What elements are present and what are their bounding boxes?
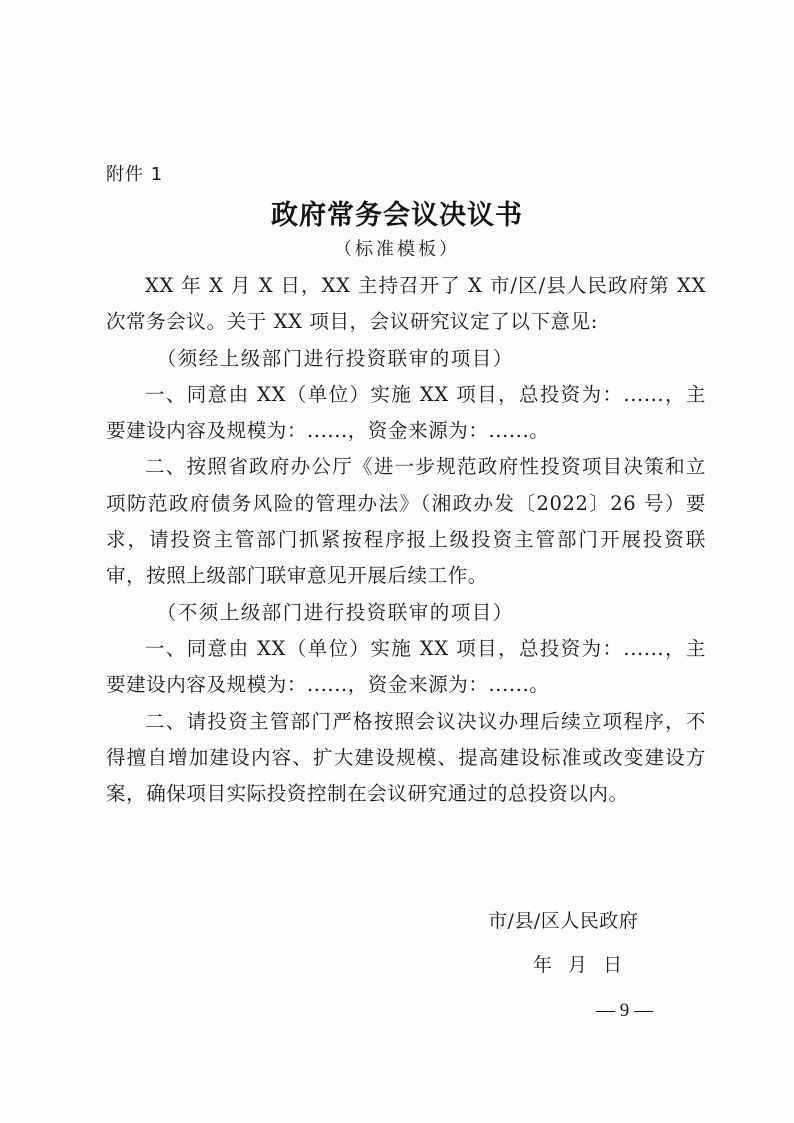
document-title: 政府常务会议决议书 [0,193,794,232]
resolution-item: 一、同意由 XX（单位）实施 XX 项目，总投资为：......，主要建设内容及… [106,631,706,704]
section-heading-no-joint-review: （不须上级部门进行投资联审的项目） [106,595,706,631]
signature-issuer: 市/县/区人民政府 [488,906,638,933]
document-body: XX 年 X 月 X 日，XX 主持召开了 X 市/区/县人民政府第 XX 次常… [106,268,706,812]
document-page: 附件 1 政府常务会议决议书 （标准模板） XX 年 X 月 X 日，XX 主持… [0,0,794,1123]
resolution-item: 二、请投资主管部门严格按照会议决议办理后续立项程序，不得擅自增加建设内容、扩大建… [106,704,706,813]
resolution-item: 一、同意由 XX（单位）实施 XX 项目，总投资为：......，主要建设内容及… [106,377,706,450]
document-subtitle: （标准模板） [0,235,794,261]
intro-paragraph: XX 年 X 月 X 日，XX 主持召开了 X 市/区/县人民政府第 XX 次常… [106,268,706,341]
page-number: — 9 — [596,1000,653,1022]
resolution-item: 二、按照省政府办公厅《进一步规范政府性投资项目决策和立项防范政府债务风险的管理办… [106,449,706,594]
section-heading-joint-review: （须经上级部门进行投资联审的项目） [106,341,706,377]
signature-date: 年 月 日 [533,950,622,977]
attachment-label: 附件 1 [106,160,163,186]
